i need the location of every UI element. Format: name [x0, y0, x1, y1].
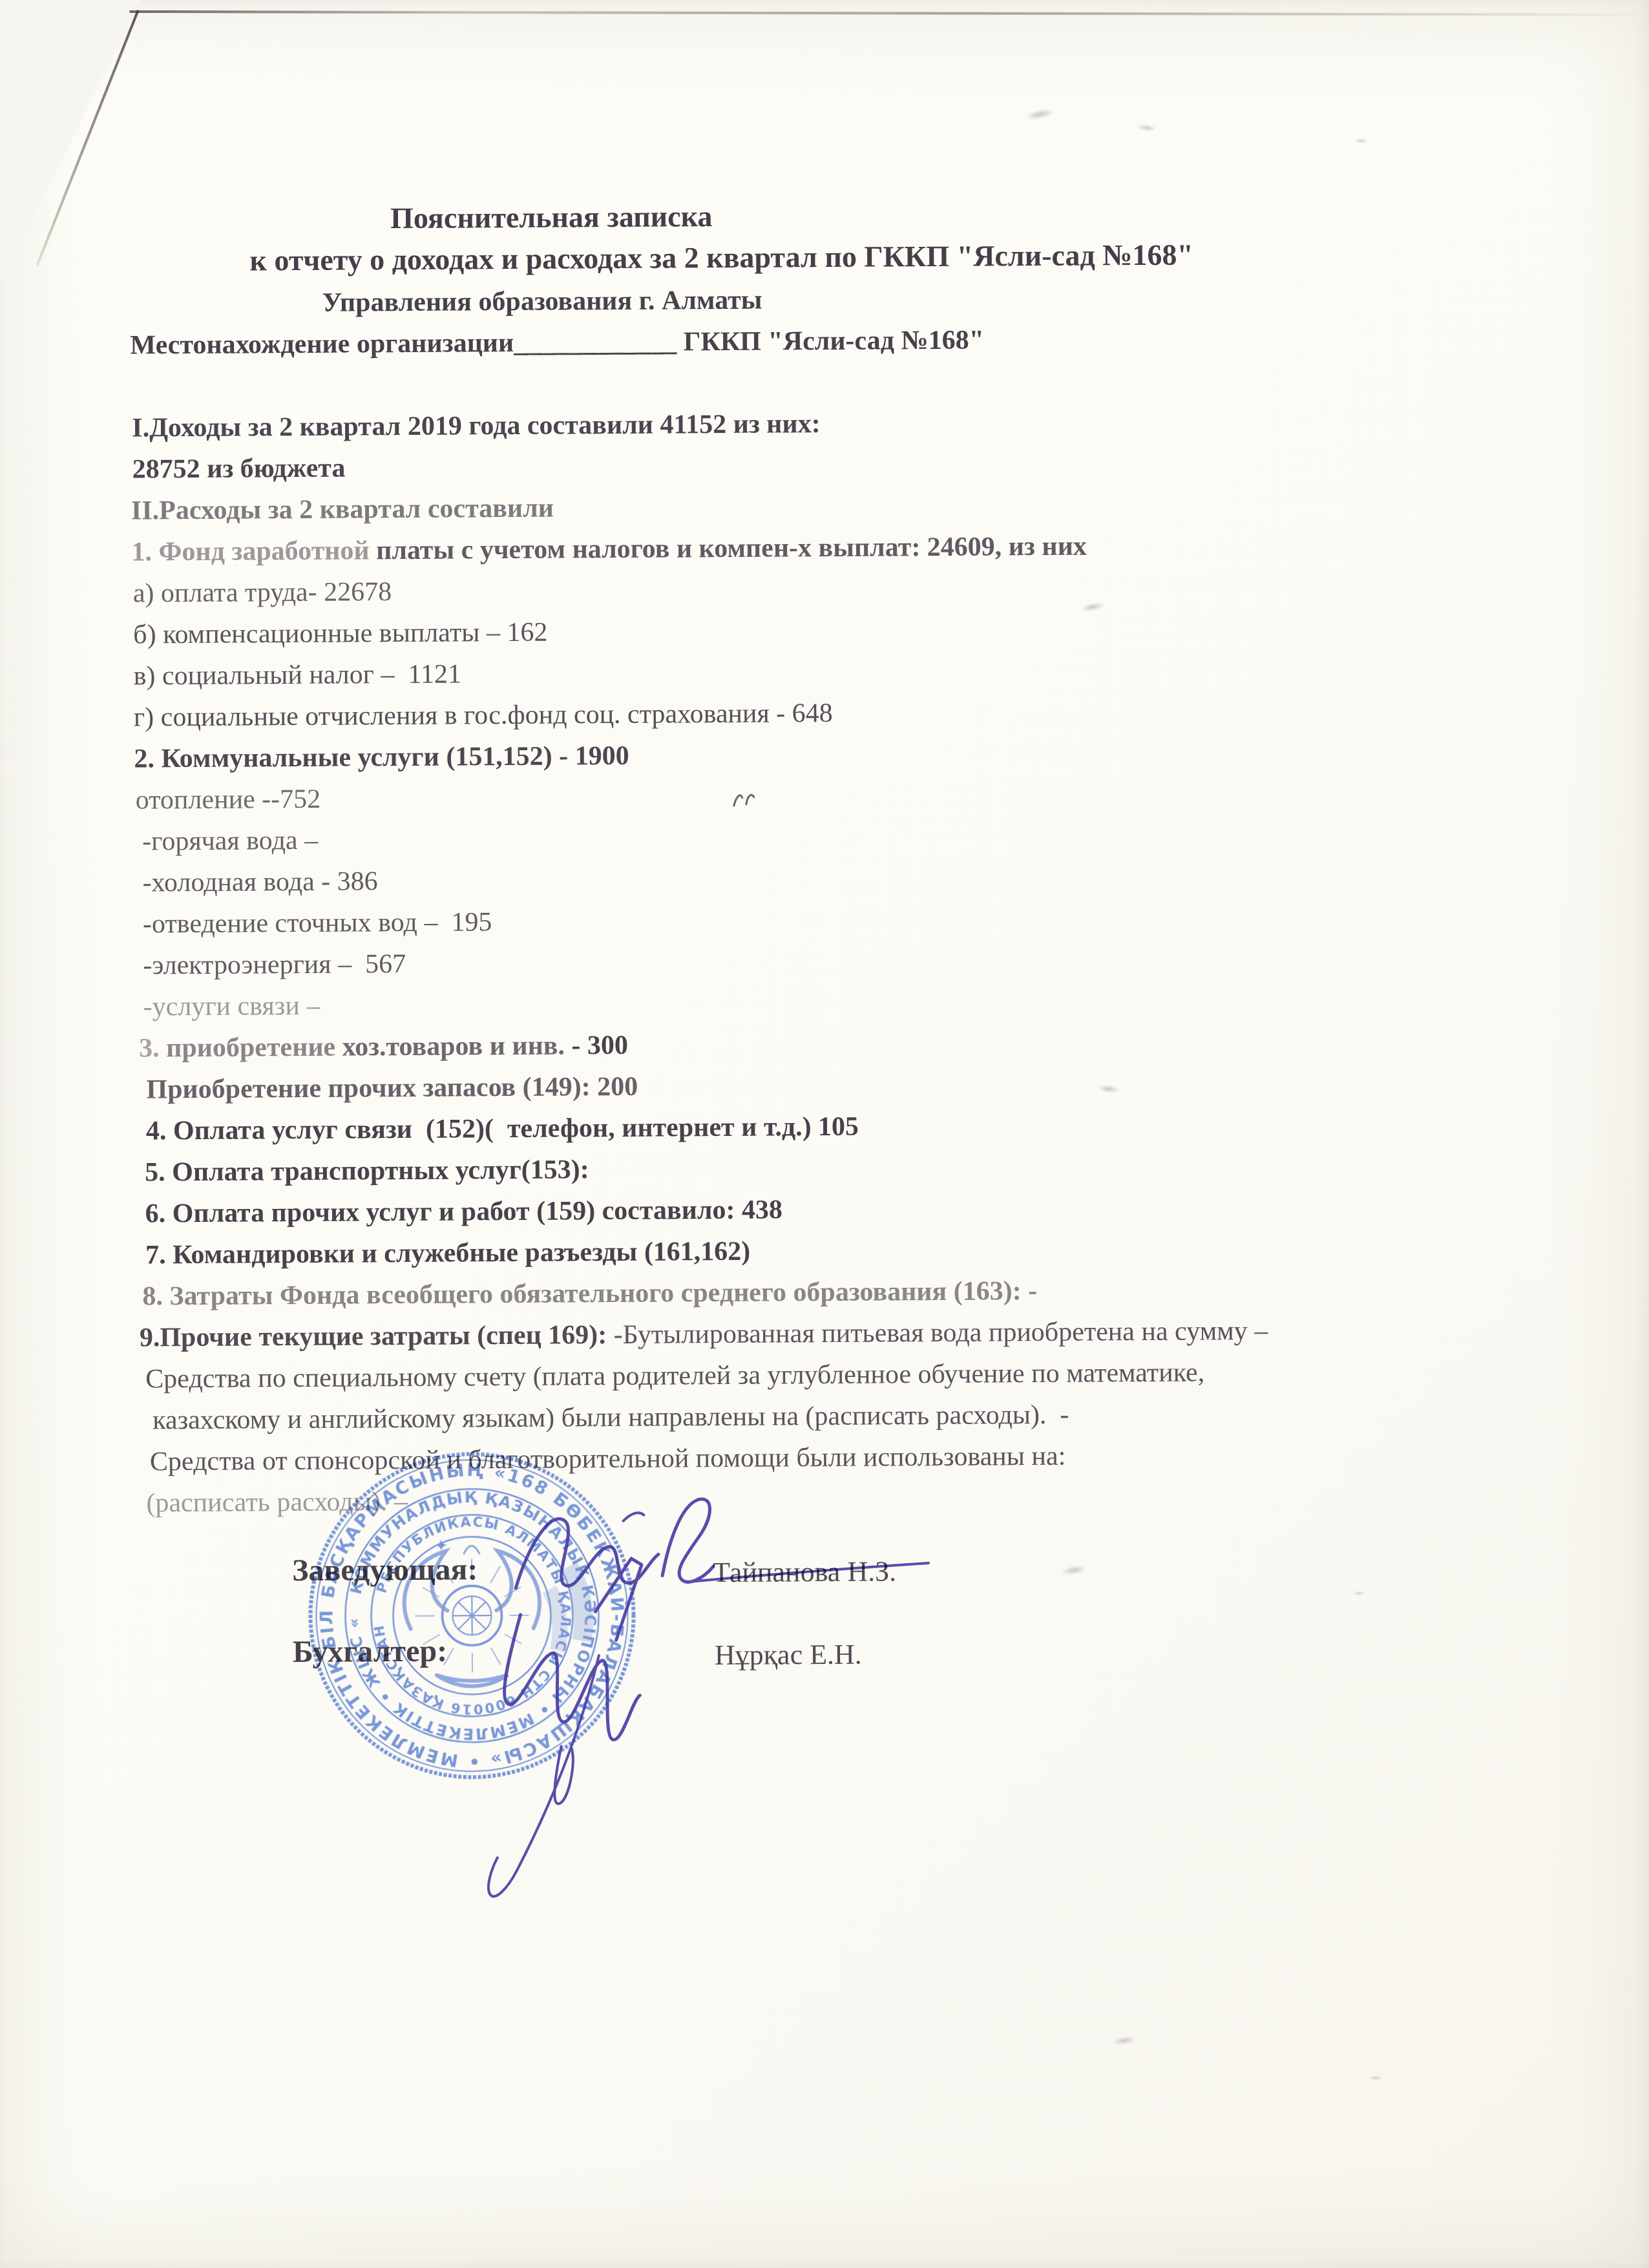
ink-speck-mark: [734, 795, 754, 806]
official-stamp: БАСҚАРМАСЫНЫҢ «168 БӨБЕКЖАЙ-БАЛАБАҚШАСЫ»…: [310, 1453, 635, 1778]
stamp-star-icon: ✦: [434, 1537, 448, 1556]
name-strikethrough-stroke: [687, 1563, 929, 1582]
stamp-emblem: ✦: [404, 1536, 540, 1687]
document-content: Пояснительная запискак отчету о доходах …: [0, 0, 1649, 2268]
stamp-and-signature-overlay: БАСҚАРМАСЫНЫҢ «168 БӨБЕКЖАЙ-БАЛАБАҚШАСЫ»…: [0, 0, 1649, 2268]
scanned-page: Пояснительная запискак отчету о доходах …: [0, 0, 1649, 2268]
